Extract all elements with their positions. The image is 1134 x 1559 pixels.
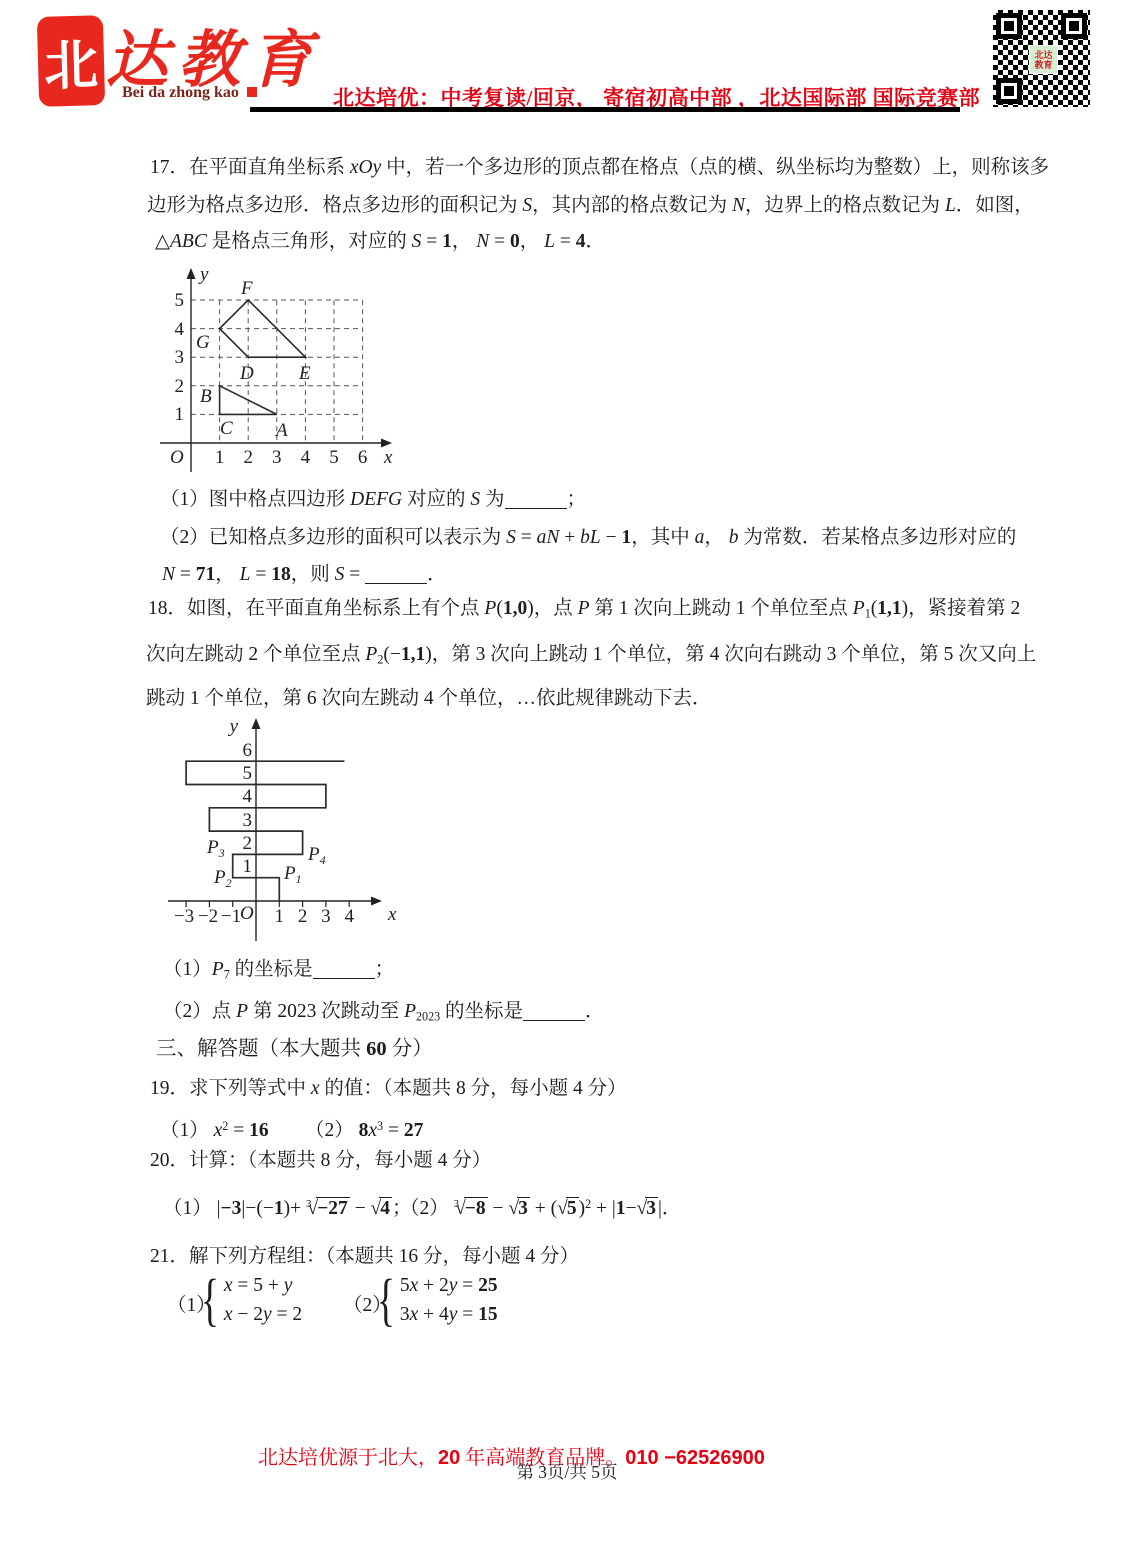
svg-text:5: 5 — [175, 290, 185, 311]
q21-system-1: { x = 5 + y x − 2y = 2 — [196, 1272, 302, 1328]
q21-sys2-eq1: 5x + 2y = 25 — [400, 1274, 498, 1298]
svg-text:P3: P3 — [206, 837, 225, 860]
svg-text:5: 5 — [243, 763, 253, 784]
q18-part-2: （2）点 P 第 2023 次跳动至 P2023 的坐标是． — [163, 999, 605, 1029]
q20-part-2: （2） 3√−8 − √3 + (√5)2 + |1−√3|． — [400, 1191, 681, 1222]
svg-text:1: 1 — [243, 856, 253, 877]
q20-part-1: （1） |−3|−(−1)+ 3√−27 − √4； — [163, 1191, 411, 1222]
figure-lattice-polygons: y x O 12 34 56 12 34 5 A B C D E F G — [158, 262, 408, 474]
svg-text:3: 3 — [321, 906, 331, 927]
svg-text:P1: P1 — [283, 863, 302, 886]
svg-text:2: 2 — [243, 833, 253, 854]
y-axis-label: y — [228, 716, 239, 737]
q17-line-1: 17．在平面直角坐标系 xOy 中，若一个多边形的顶点都在格点（点的横、纵坐标均… — [150, 155, 1049, 181]
q21-sys1-eq2: x − 2y = 2 — [224, 1303, 302, 1327]
vertex-labels: A B C D E F G — [196, 278, 311, 441]
q21-sys2-eq2: 3x + 4y = 15 — [400, 1303, 498, 1327]
system-brace: { — [377, 1272, 395, 1328]
header-rule — [250, 107, 960, 112]
q17-line-3: △ABC 是格点三角形，对应的 S = 1， N = 0， L = 4． — [155, 229, 605, 255]
svg-text:−2: −2 — [198, 906, 218, 927]
svg-text:B: B — [200, 386, 212, 407]
svg-text:5: 5 — [329, 447, 339, 468]
svg-text:6: 6 — [358, 447, 368, 468]
svg-text:P4: P4 — [307, 844, 326, 867]
svg-text:1: 1 — [275, 906, 285, 927]
svg-text:3: 3 — [272, 447, 282, 468]
p-point-labels: P1 P2 P3 P4 — [206, 837, 326, 890]
svg-text:A: A — [274, 420, 288, 441]
svg-text:3: 3 — [243, 810, 253, 831]
svg-text:3: 3 — [175, 347, 185, 368]
brand-subtitle: Bei da zhong kao — [122, 84, 257, 102]
jump-path-line — [186, 761, 344, 901]
q17-part-1: （1）图中格点四边形 DEFG 对应的 S 为； — [160, 487, 586, 513]
q18-line-3: 跳动 1 个单位，第 6 次向左跳动 4 个单位，…依此规律跳动下去． — [146, 686, 712, 712]
qr-code: 北达 教育 — [993, 10, 1090, 107]
svg-text:D: D — [239, 363, 254, 384]
exam-page: 北 达教育 Bei da zhong kao 北达培优：中考复读/回京， 寄宿初… — [0, 0, 1134, 1559]
y-axis-arrow-icon — [252, 718, 261, 729]
qr-finder-icon — [1061, 13, 1087, 39]
svg-text:−3: −3 — [174, 906, 194, 927]
q18-line-1: 18．如图，在平面直角坐标系上有个点 P(1,0)，点 P 第 1 次向上跳动 … — [148, 596, 1020, 626]
svg-text:6: 6 — [243, 740, 253, 761]
x-tick-labels: 12 34 56 — [215, 447, 368, 468]
svg-text:4: 4 — [344, 906, 354, 927]
qr-finder-icon — [996, 78, 1022, 104]
svg-text:2: 2 — [175, 376, 185, 397]
svg-text:G: G — [196, 332, 210, 353]
origin-label: O — [240, 903, 254, 924]
axes — [160, 276, 384, 472]
q18-part-1: （1）P7 的坐标是； — [163, 957, 394, 987]
q17-line-2: 边形为格点多边形．格点多边形的面积记为 S，其内部的格点数记为 N，边界上的格点… — [147, 193, 1034, 219]
x-axis-label: x — [387, 904, 397, 925]
brand-seal: 北 — [39, 17, 103, 105]
svg-text:1: 1 — [215, 447, 225, 468]
figure-jump-path: y x O −3−2 −11 23 4 12 34 56 P1 P2 P3 P4 — [168, 716, 400, 944]
x-tick-labels: −3−2 −11 23 4 — [174, 906, 355, 927]
brand-seal-char: 北 — [43, 22, 99, 100]
system-brace: { — [201, 1272, 219, 1328]
svg-text:4: 4 — [301, 447, 311, 468]
y-axis-label: y — [198, 264, 209, 285]
q19-heading: 19．求下列等式中 x 的值：（本题共 8 分，每小题 4 分） — [150, 1076, 627, 1102]
q17-part-2-line-2: N = 71， L = 18，则 S = ． — [162, 562, 447, 588]
q20-heading: 20．计算：（本题共 8 分，每小题 4 分） — [150, 1148, 491, 1174]
svg-text:4: 4 — [243, 786, 253, 807]
q21-system-2: { 5x + 2y = 25 3x + 4y = 15 — [372, 1272, 498, 1328]
x-axis-arrow-icon — [371, 897, 382, 906]
svg-text:2: 2 — [298, 906, 308, 927]
y-tick-labels: 12 34 5 — [175, 290, 185, 425]
svg-text:E: E — [298, 363, 311, 384]
y-axis-arrow-icon — [187, 268, 196, 279]
q19-part-1: （1） x2 = 16 — [160, 1113, 269, 1144]
svg-text:−1: −1 — [221, 906, 241, 927]
svg-text:P2: P2 — [213, 867, 232, 890]
q21-sys1-eq1: x = 5 + y — [224, 1274, 302, 1298]
brand-red-square — [247, 87, 257, 97]
section-3-heading: 三、解答题（本大题共 60 分） — [156, 1036, 433, 1062]
q18-line-2: 次向左跳动 2 个单位至点 P2(−1,1)，第 3 次向上跳动 1 个单位，第… — [146, 642, 1036, 672]
footer-page-number: 第 3页/共 5页 — [516, 1459, 617, 1484]
svg-text:C: C — [220, 418, 233, 439]
qr-finder-icon — [996, 13, 1022, 39]
qr-center-logo: 北达 教育 — [1029, 45, 1058, 74]
q19-part-2: （2） 8x3 = 27 — [305, 1113, 423, 1144]
svg-text:F: F — [240, 278, 253, 299]
q17-part-2-line-1: （2）已知格点多边形的面积可以表示为 S = aN + bL − 1，其中 a，… — [160, 525, 1016, 551]
origin-label: O — [170, 447, 184, 468]
svg-text:1: 1 — [175, 404, 185, 425]
x-axis-label: x — [383, 447, 393, 468]
footer-brand-line: 北达培优源于北大，20 年高端教育品牌。010 −62526900 — [258, 1441, 765, 1470]
svg-text:4: 4 — [175, 319, 185, 340]
svg-text:2: 2 — [243, 447, 253, 468]
